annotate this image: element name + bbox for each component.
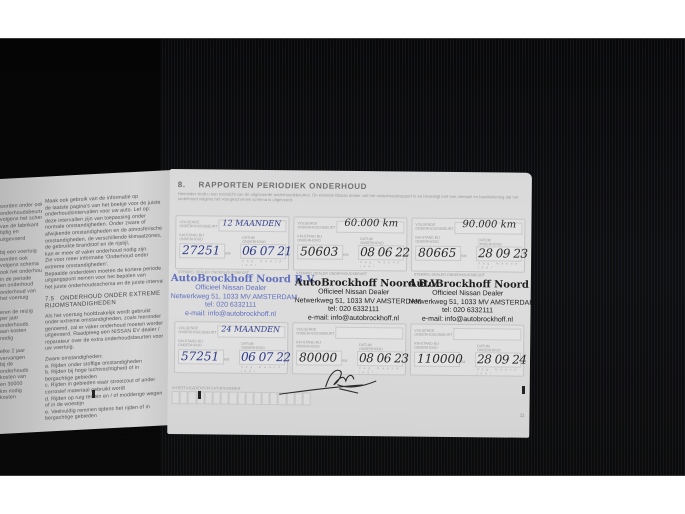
vin-digit-box (262, 392, 270, 405)
stamp-dealer-name: AutoBrockhoff Noord B.V. (171, 273, 291, 285)
dealer-stamp: AutoBrockhoff Noord B.V.Officieel Nissan… (294, 277, 412, 324)
vin-digit-box (229, 392, 237, 405)
service-date-value: 08 06 22 (360, 245, 410, 260)
stamp-dealer-name: AutoBrockhoff Noord B.V. (409, 279, 527, 291)
km-unit: km (461, 254, 469, 258)
service-record-card: VOLGENDE ONDERHOUDSBEURTKM-STAND BIJ OND… (174, 321, 289, 374)
stamp-line: e-mail: info@autobrockhoff.nl (170, 310, 290, 320)
next-service-label: VOLGENDE ONDERHOUDSBEURT (296, 327, 330, 336)
left-page-column-2: Maak ook gebruik van de informatie opde … (45, 192, 163, 422)
service-record-card: VOLGENDE ONDERHOUDSBEURTKM-STAND BIJ OND… (410, 324, 525, 377)
left-page: worden onder ook deonderhoudsbeurtenvolg… (0, 170, 172, 434)
odometer-value: 27251 (182, 243, 220, 257)
km-unit: km (224, 358, 232, 362)
dealer-stamp: AutoBrockhoff Noord B.V.Officieel Nissan… (408, 279, 526, 326)
next-service-label: VOLGENDE ONDERHOUDSBEURT (414, 329, 448, 338)
odometer-value: 80665 (418, 246, 456, 260)
service-date-value: 28 09 24 (477, 352, 527, 367)
next-service-value: 90.000 km (462, 219, 516, 231)
km-unit: km (343, 253, 351, 257)
odometer-value: 110000 (417, 352, 463, 366)
page-title: 8. RAPPORTEN PERIODIEK ONDERHOUD (178, 180, 367, 191)
vin-digit-box (221, 392, 229, 405)
service-record-card: VOLGENDE ONDERHOUDSBEURTKM-STAND BIJ OND… (293, 216, 408, 271)
service-date-value: 06 07 21 (242, 244, 292, 259)
page-tab-mark (198, 391, 201, 399)
next-service-value: 60.000 km (344, 218, 398, 230)
subsection-number: 7.5 (45, 296, 54, 302)
intro-text: Hieronder vindt u een overzicht van de u… (178, 191, 524, 205)
next-service-value: 12 MAANDEN (222, 219, 281, 229)
odometer-label: KM-STAND BIJ ONDERHOUD (296, 340, 330, 349)
odometer-label: KM-STAND BIJ ONDERHOUD (178, 339, 212, 348)
odometer-label: KM-STAND BIJ ONDERHOUD (297, 234, 331, 243)
next-service-value: 24 MAANDEN (221, 325, 280, 335)
vin-digit-box (172, 391, 180, 404)
date-subtitle: dag maand jaar (478, 261, 524, 269)
page-number: 11 (520, 413, 525, 418)
subsection-title: ONDERHOUD ONDER EXTREME RIJOMSTANDIGHEDE… (45, 291, 160, 310)
signature (278, 364, 388, 401)
vin-digit-box (245, 392, 253, 405)
right-page: 8. RAPPORTEN PERIODIEK ONDERHOUD Hierond… (167, 169, 532, 438)
next-service-label: VOLGENDE ONDERHOUDSBEURT (179, 220, 213, 229)
photo-background: worden onder ook deonderhoudsbeurtenvolg… (0, 38, 685, 476)
date-subtitle: dag maand jaar (360, 260, 406, 268)
section-number: 8. (178, 180, 186, 189)
vin-digit-box (253, 392, 261, 405)
next-service-label: VOLGENDE ONDERHOUDSBEURT (297, 221, 331, 230)
date-subtitle: dag maand jaar (242, 259, 288, 267)
next-service-label: VOLGENDE ONDERHOUDSBEURT (178, 326, 212, 335)
service-date-value: 06 07 22 (241, 350, 291, 365)
next-service-label: VOLGENDE ONDERHOUDSBEURT (415, 223, 449, 232)
left-page-column-1: worden onder ook deonderhoudsbeurtenvolg… (0, 202, 42, 402)
odometer-label: KM-STAND BIJ ONDERHOUD (414, 342, 448, 351)
dealer-stamp: AutoBrockhoff Noord B.V.Officieel Nissan… (170, 273, 290, 320)
vin-digit-box (237, 392, 245, 405)
next-service-field (453, 328, 521, 341)
page-tab-mark (522, 386, 525, 394)
vin-digit-box (180, 391, 188, 404)
service-record-card: VOLGENDE ONDERHOUDSBEURTKM-STAND BIJ OND… (411, 218, 526, 273)
odometer-value: 80000 (299, 350, 337, 364)
vin-digit-box (204, 391, 212, 404)
vin-label: VOERTUIGIDENTIFICATIENUMMER (172, 386, 241, 391)
text-line: kosten (0, 393, 42, 402)
service-records-grid: VOLGENDE ONDERHOUDSBEURTKM-STAND BIJ OND… (174, 215, 526, 379)
section-title: RAPPORTEN PERIODIEK ONDERHOUD (198, 180, 367, 191)
vin-digit-box (188, 391, 196, 404)
vin-digit-box (212, 391, 220, 404)
page-tab-mark (92, 390, 95, 398)
odometer-value: 57251 (181, 349, 219, 363)
service-date-value: 28 09 23 (478, 246, 528, 261)
odometer-value: 50603 (300, 244, 338, 258)
stamp-dealer-name: AutoBrockhoff Noord B.V. (295, 277, 413, 289)
service-date-value: 08 06 23 (359, 351, 409, 366)
odometer-label: KM-STAND BIJ ONDERHOUD (415, 236, 449, 245)
stamp-label: STEMPEL DEALER ONDERHOUDSBEURT (414, 273, 485, 278)
next-service-field (335, 327, 403, 340)
km-unit: km (342, 359, 350, 363)
km-unit: km (225, 252, 233, 256)
service-record-card: VOLGENDE ONDERHOUDSBEURTKM-STAND BIJ OND… (175, 215, 290, 270)
date-subtitle: dag maand jaar (477, 367, 523, 375)
odometer-label: KM-STAND BIJ ONDERHOUD (179, 233, 213, 242)
stamp-label: STEMPEL DEALER ONDERHOUDSBEURT (296, 271, 367, 276)
